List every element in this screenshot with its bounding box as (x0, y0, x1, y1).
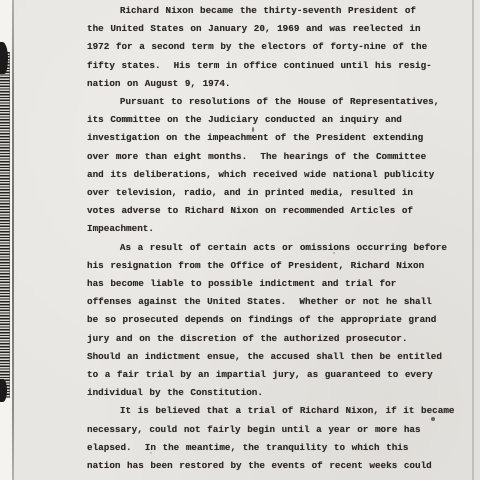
page-edge-line-right (472, 0, 474, 480)
paragraph-nixon-presidency: Richard Nixon became the thirty-seventh … (87, 2, 467, 93)
paragraph-impeachment-inquiry: Pursuant to resolutions of the House of … (87, 93, 467, 239)
paragraph-trial-belief: It is believed that a trial of Richard N… (87, 402, 467, 475)
typewritten-text-block: Richard Nixon became the thirty-seventh … (87, 2, 467, 475)
document-page: Richard Nixon became the thirty-seventh … (0, 0, 480, 480)
paragraph-possible-indictment: As a result of certain acts or omissions… (87, 239, 467, 403)
binding-texture (0, 52, 10, 398)
page-edge-line-left (12, 0, 14, 480)
